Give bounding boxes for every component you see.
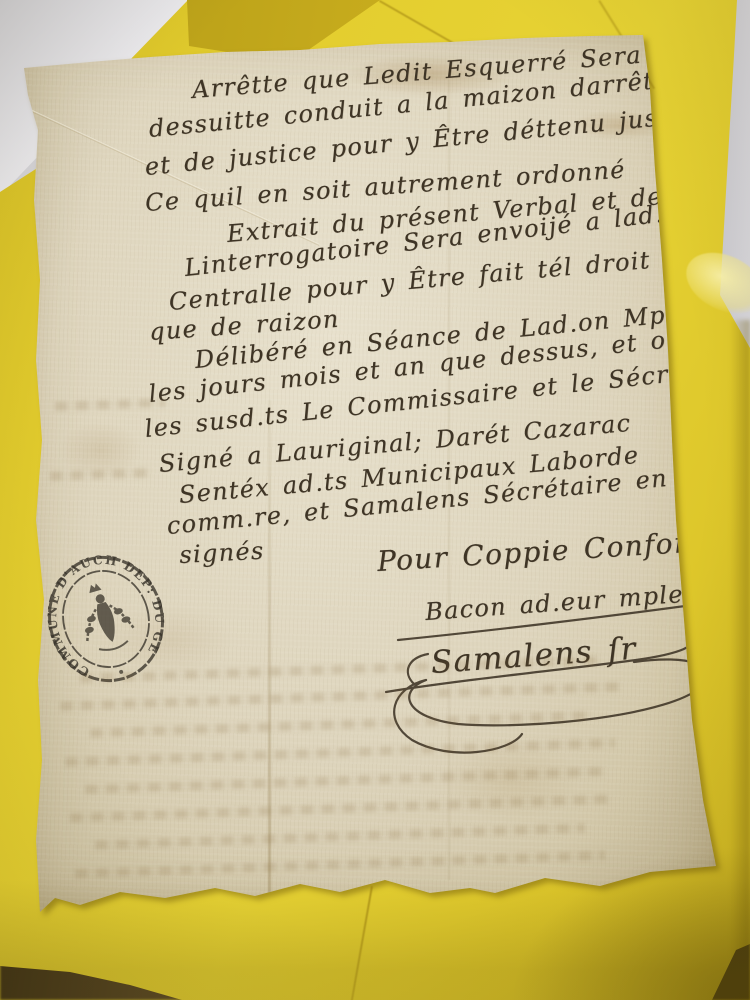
ghost-text-row (70, 795, 610, 823)
ghost-text-row (55, 398, 165, 411)
ghost-text-row (85, 767, 605, 794)
ghost-text-row (95, 823, 585, 849)
manuscript-page: Arrêtte que Ledit Esquerré Sera dessuitt… (10, 20, 722, 920)
photo-of-manuscript: Arrêtte que Ledit Esquerré Sera dessuitt… (0, 0, 750, 1000)
paper-shadow: Arrêtte que Ledit Esquerré Sera dessuitt… (0, 0, 750, 1000)
ghost-text-row (75, 851, 605, 878)
ghost-text-row (50, 468, 150, 480)
manuscript-line: signés (179, 539, 265, 567)
certification-line: Pour Coppie Conforme (376, 526, 735, 576)
